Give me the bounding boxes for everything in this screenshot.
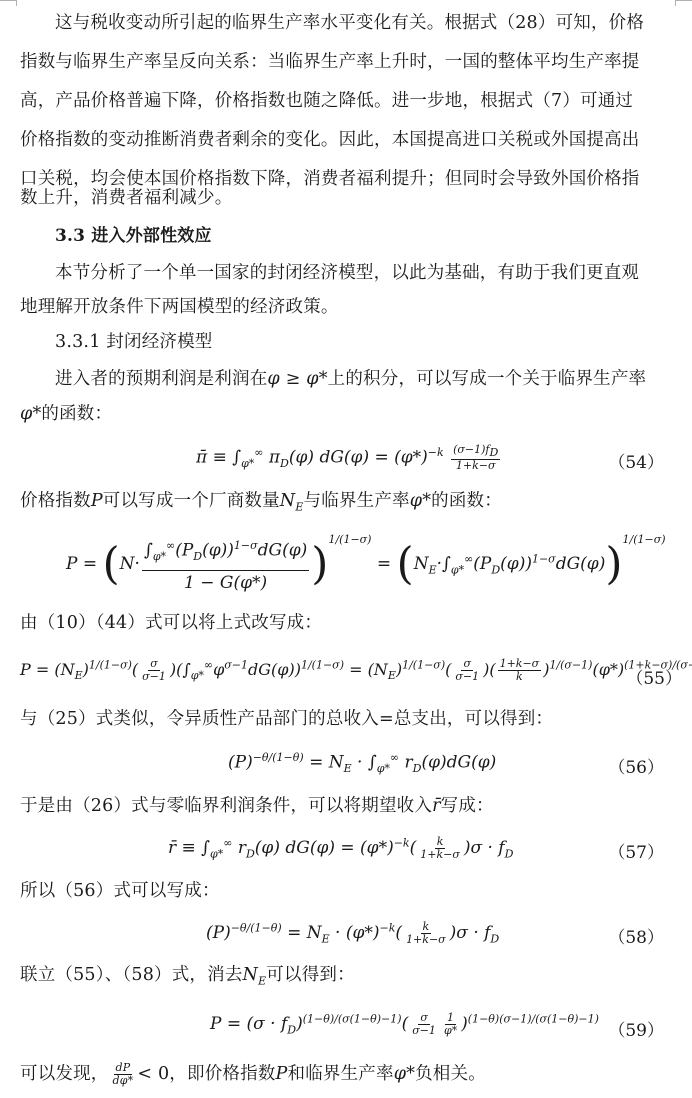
- text: 进入者的预期利润是利润在: [55, 369, 267, 389]
- equation-58: (P)−θ/(1−θ) = NE · (φ*)−k(k1+k−σ)σ · fD …: [0, 915, 692, 955]
- math-inline: φ*: [394, 1064, 415, 1084]
- paragraph-line: 价格指数的变动推断消费者剩余的变化。因此，本国提高进口关税或外国提高出: [20, 129, 672, 151]
- math-inline: φ*: [20, 404, 41, 424]
- equation-body: (P)−θ/(1−θ) = NE · (φ*)−k(k1+k−σ)σ · fD: [206, 921, 499, 946]
- equation-body: r̄ ≡ ∫φ*∞ rD(φ) dG(φ) = (φ*)−k(k1+k−σ)σ …: [168, 836, 513, 861]
- text: 可以写成一个厂商数量: [103, 491, 280, 511]
- paragraph-line: 高，产品价格普遍下降，价格指数也随之降低。进一步地，根据式（7）可通过: [20, 90, 672, 112]
- equation-number: （59）: [608, 1016, 664, 1041]
- paragraph-line: 价格指数P可以写成一个厂商数量NE与临界生产率φ*的函数：: [20, 490, 672, 519]
- paragraph-line: 地理解开放条件下两国模型的经济政策。: [20, 296, 672, 318]
- paragraph-line: 联立（55）、（58）式，消去NE可以得到：: [20, 964, 672, 993]
- text: 即价格指数: [187, 1064, 276, 1084]
- equation-price-index: P = (N·∫φ*∞(PD(φ))1−σdG(φ)1 − G(φ*))1/(1…: [0, 525, 692, 605]
- text: 与临界生产率: [304, 491, 410, 511]
- text: 价格指数: [20, 491, 91, 511]
- text: 联立（55）、（58）式，消去: [20, 965, 243, 985]
- equation-number: （55）: [626, 664, 682, 689]
- subsection-heading: 3.3.1 封闭经济模型: [55, 331, 692, 353]
- section-heading: 3.3 进入外部性效应: [55, 225, 692, 247]
- math-inline: NE: [243, 965, 267, 985]
- equation-54: π̄ ≡ ∫φ*∞ πD(φ) dG(φ) = (φ*)−k (σ−1)fD1+…: [0, 440, 692, 476]
- text: 写成：: [441, 796, 494, 816]
- page-corner-mark: [676, 0, 692, 1]
- paragraph-line: 进入者的预期利润是利润在φ ≥ φ*上的积分，可以写成一个关于临界生产率: [55, 368, 692, 390]
- text: 于是由（26）式与零临界利润条件，可以将期望收入: [20, 796, 432, 816]
- text: 负相关。: [415, 1064, 486, 1084]
- equation-body: P = (NE)1/(1−σ)(σσ−1)(∫φ*∞φσ−1dG(φ))1/(1…: [20, 658, 692, 683]
- paragraph-line: 这与税收变动所引起的临界生产率水平变化有关。根据式（28）可知，价格: [55, 12, 692, 34]
- math-inline: P: [276, 1064, 288, 1084]
- text: 的函数：: [431, 491, 502, 511]
- equation-body: P = (σ · fD)(1−θ)/(σ(1−θ)−1)(σσ−11φ*)(1−…: [210, 1012, 599, 1037]
- text: < 0，: [137, 1064, 187, 1084]
- equation-body: π̄ ≡ ∫φ*∞ πD(φ) dG(φ) = (φ*)−k (σ−1)fD1+…: [196, 444, 502, 472]
- equation-55: P = (NE)1/(1−σ)(σσ−1)(∫φ*∞φσ−1dG(φ))1/(1…: [0, 650, 692, 698]
- paragraph-line: 所以（56）式可以写成：: [20, 880, 672, 902]
- text: 可以发现，: [20, 1064, 109, 1084]
- paragraph-line: 可以发现，dPdφ*< 0，即价格指数P和临界生产率φ*负相关。: [20, 1062, 672, 1087]
- equation-56: (P)−θ/(1−θ) = NE · ∫φ*∞ rD(φ)dG(φ) （56）: [0, 745, 692, 781]
- text: 上的积分，可以写成一个关于临界生产率: [328, 369, 647, 389]
- math-inline: r̄: [432, 796, 441, 816]
- equation-59: P = (σ · fD)(1−θ)/(σ(1−θ)−1)(σσ−11φ*)(1−…: [0, 1002, 692, 1052]
- math-inline: φ*: [410, 491, 431, 511]
- page-corner-mark: [675, 0, 676, 6]
- text: 和临界生产率: [288, 1064, 394, 1084]
- text: 的函数：: [41, 404, 112, 424]
- paragraph-line: 由（10）（44）式可以将上式改写成：: [20, 612, 672, 634]
- equation-number: （54）: [608, 448, 664, 473]
- equation-body: P = (N·∫φ*∞(PD(φ))1−σdG(φ)1 − G(φ*))1/(1…: [66, 533, 666, 595]
- page-corner-mark: [0, 0, 16, 1]
- paragraph-line: 本节分析了一个单一国家的封闭经济模型，以此为基础，有助于我们更直观: [55, 262, 692, 284]
- equation-number: （56）: [608, 753, 664, 778]
- derivative: dPdφ*: [111, 1062, 136, 1087]
- math-inline: NE: [280, 491, 304, 511]
- paragraph-line: 指数与临界生产率呈反向关系：当临界生产率上升时，一国的整体平均生产率提: [20, 51, 672, 73]
- equation-body: (P)−θ/(1−θ) = NE · ∫φ*∞ rD(φ)dG(φ): [228, 751, 496, 775]
- equation-57: r̄ ≡ ∫φ*∞ rD(φ) dG(φ) = (φ*)−k(k1+k−σ)σ …: [0, 830, 692, 870]
- math-inline: P: [91, 491, 103, 511]
- equation-number: （58）: [608, 923, 664, 948]
- paragraph-line: φ*的函数：: [20, 403, 672, 425]
- page-corner-mark: [16, 0, 17, 6]
- equation-number: （57）: [608, 838, 664, 863]
- text: 可以得到：: [266, 965, 355, 985]
- paragraph-line: 数上升，消费者福利减少。: [20, 187, 672, 209]
- paragraph-line: 于是由（26）式与零临界利润条件，可以将期望收入r̄写成：: [20, 795, 672, 817]
- paragraph-line: 与（25）式类似，令异质性产品部门的总收入=总支出，可以得到：: [20, 708, 672, 730]
- math-inline: φ ≥ φ*: [267, 369, 327, 389]
